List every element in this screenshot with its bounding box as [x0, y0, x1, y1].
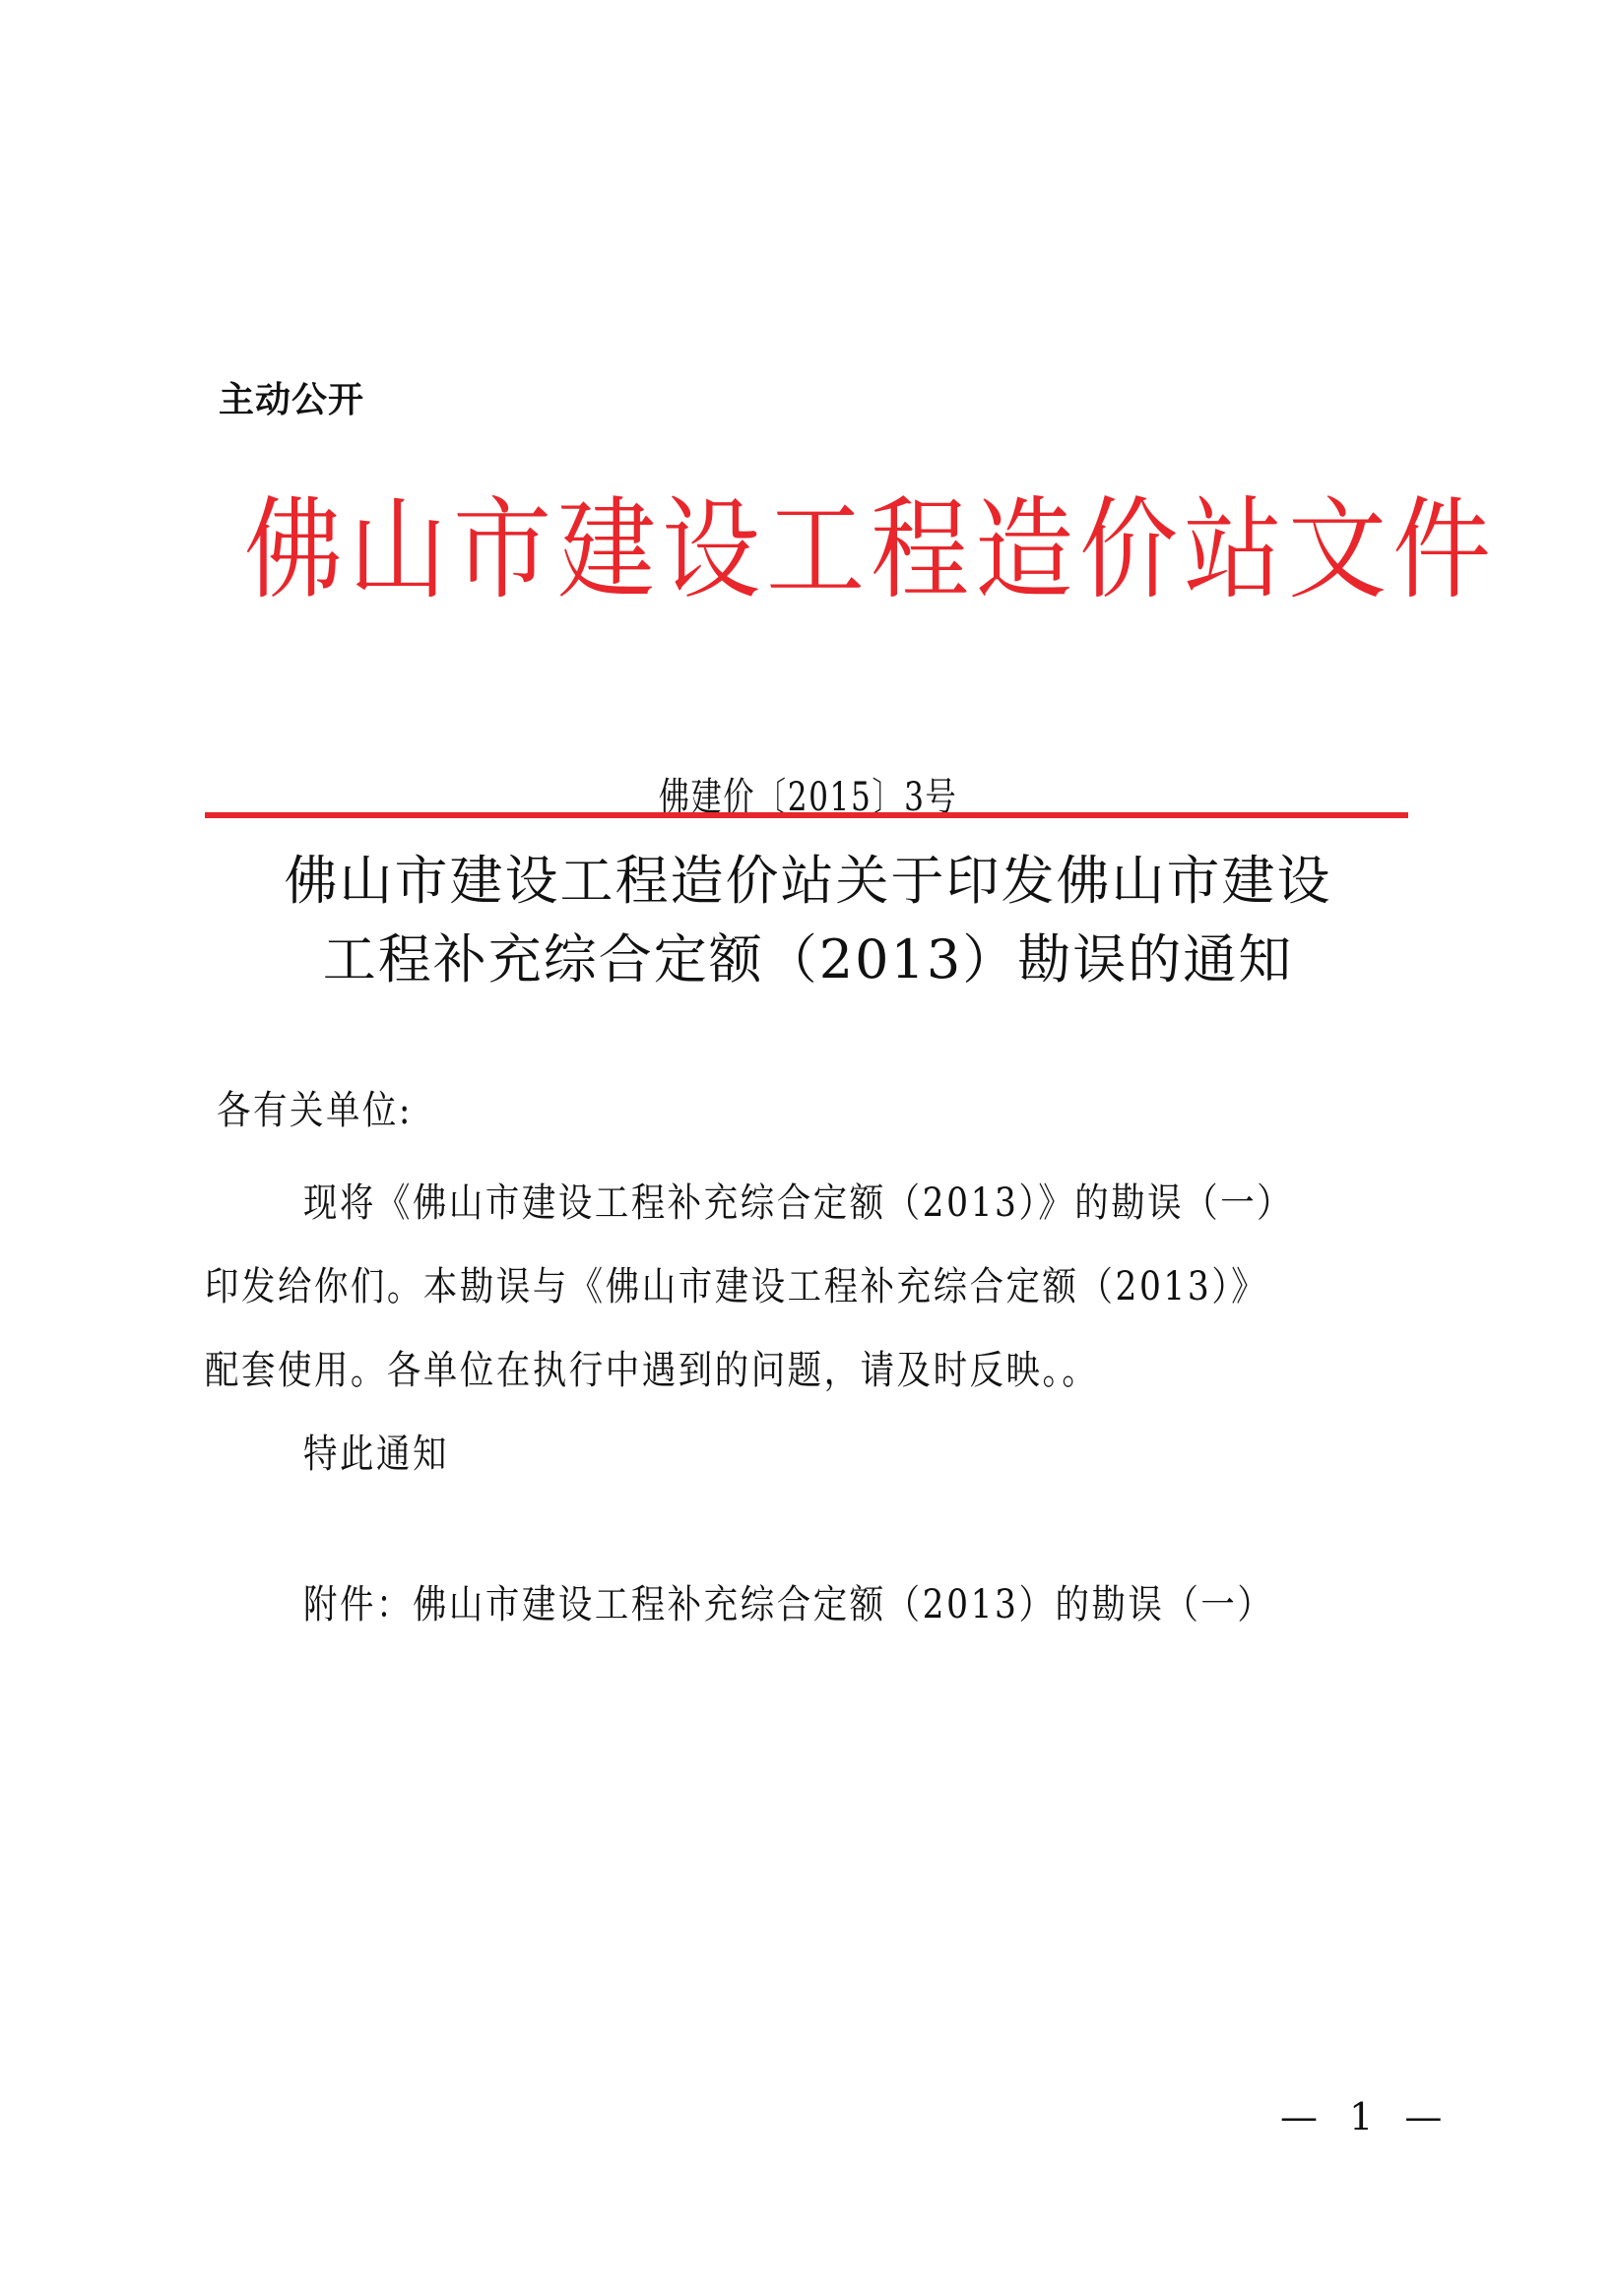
notice-title-line-2: 工程补充综合定额（2013）勘误的通知 [0, 918, 1616, 993]
attachment-note: 附件：佛山市建设工程补充综合定额（2013）的勘误（一） [303, 1573, 1273, 1629]
body-paragraph-line-1: 现将《佛山市建设工程补充综合定额（2013）》的勘误（一） [303, 1172, 1293, 1228]
closing-remark: 特此通知 [303, 1423, 449, 1479]
page-number: — 1 — [1280, 2095, 1452, 2138]
masthead-title: 佛山市建设工程造价站文件 [244, 461, 1387, 619]
disclosure-label: 主动公开 [219, 372, 364, 422]
body-paragraph-line-3: 配套使用。各单位在执行中遇到的问题，请及时反映。。 [205, 1339, 1098, 1395]
notice-title-line-1: 佛山市建设工程造价站关于印发佛山市建设 [0, 839, 1616, 915]
body-paragraph-line-2: 印发给你们。本勘误与《佛山市建设工程补充综合定额（2013）》 [205, 1255, 1267, 1311]
salutation: 各有关单位: [217, 1079, 413, 1135]
red-divider-line [205, 812, 1408, 818]
